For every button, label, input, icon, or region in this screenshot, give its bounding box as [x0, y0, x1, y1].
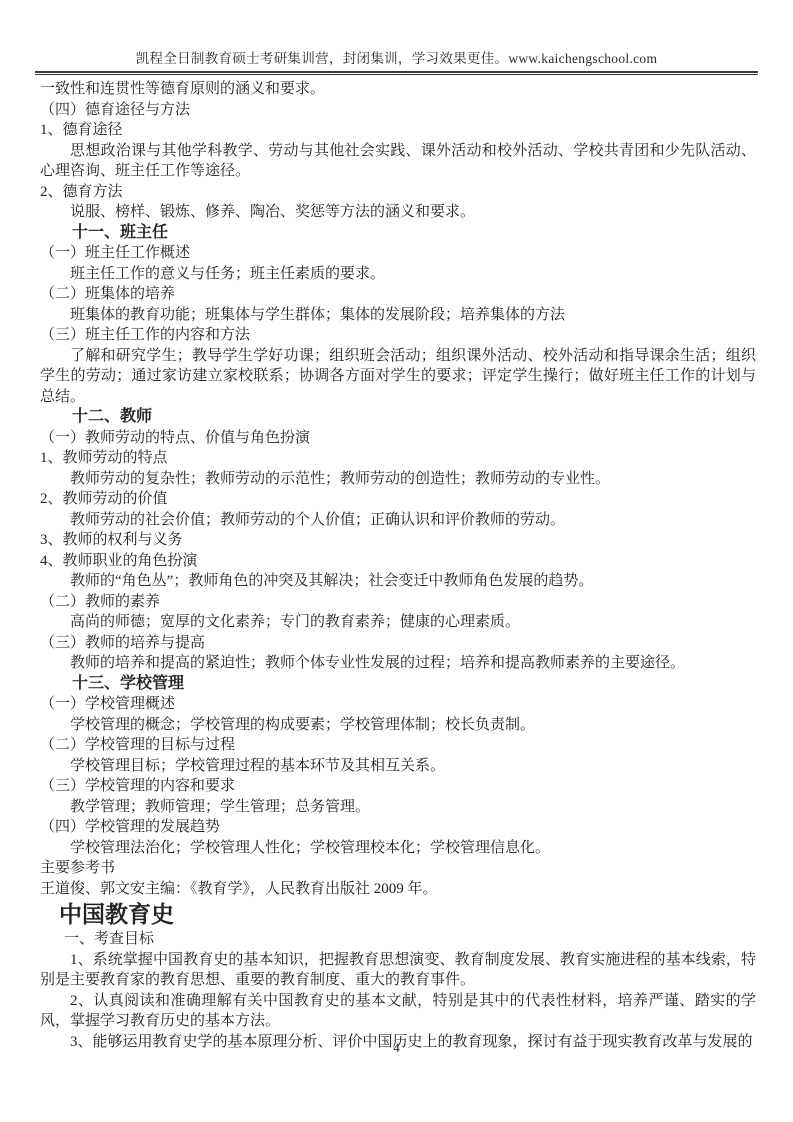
subsection-heading: （四）学校管理的发展趋势: [40, 817, 756, 838]
subsection-heading: （四）德育途径与方法: [40, 100, 756, 121]
numbered-item: 4、教师职业的角色扮演: [40, 551, 756, 572]
subsection-heading: （三）班主任工作的内容和方法: [40, 325, 756, 346]
header-divider: [35, 71, 758, 75]
document-body: 一致性和连贯性等德育原则的涵义和要求。（四）德育途径与方法1、德育途径思想政治课…: [40, 79, 756, 1052]
paragraph: 教师的培养和提高的紧迫性；教师个体专业性发展的过程；培养和提高教师素养的主要途径…: [40, 653, 756, 674]
paragraph: 学校管理法治化；学校管理人性化；学校管理校本化；学校管理信息化。: [40, 838, 756, 859]
chapter-heading: 十二、教师: [40, 407, 756, 428]
paragraph: 教师劳动的社会价值；教师劳动的个人价值；正确认识和评价教师的劳动。: [40, 510, 756, 531]
page-header: 凯程全日制教育硕士考研集训营，封闭集训，学习效果更佳。www.kaichengs…: [36, 47, 757, 67]
subsection-heading: （三）教师的培养与提高: [40, 633, 756, 654]
subsection-heading: （二）学校管理的目标与过程: [40, 735, 756, 756]
section-heading: 一、考查目标: [40, 929, 756, 950]
numbered-item: 2、教师劳动的价值: [40, 489, 756, 510]
numbered-item: 2、德育方法: [40, 182, 756, 203]
reference-entry: 王道俊、郭文安主编：《教育学》，人民教育出版社 2009 年。: [40, 879, 756, 900]
subsection-heading: （三）学校管理的内容和要求: [40, 776, 756, 797]
paragraph: 说服、榜样、锻炼、修养、陶冶、奖惩等方法的涵义和要求。: [40, 202, 756, 223]
page-number: 4: [0, 1040, 793, 1056]
paragraph: 了解和研究学生；教导学生学好功课；组织班会活动；组织课外活动、校外活动和指导课余…: [40, 346, 756, 408]
subsection-heading: （二）教师的素养: [40, 592, 756, 613]
numbered-item: 3、教师的权利与义务: [40, 530, 756, 551]
chapter-heading: 十三、学校管理: [40, 674, 756, 695]
document-page: 凯程全日制教育硕士考研集训营，封闭集训，学习效果更佳。www.kaichengs…: [0, 0, 793, 1122]
paragraph: 1、系统掌握中国教育史的基本知识，把握教育思想演变、教育制度发展、教育实施进程的…: [40, 950, 756, 991]
paragraph: 教师的“角色丛”；教师角色的冲突及其解决；社会变迁中教师角色发展的趋势。: [40, 571, 756, 592]
numbered-item: 1、德育途径: [40, 120, 756, 141]
subsection-heading: （一）教师劳动的特点、价值与角色扮演: [40, 428, 756, 449]
part-title: 中国教育史: [59, 899, 756, 929]
paragraph: 学校管理目标；学校管理过程的基本环节及其相互关系。: [40, 756, 756, 777]
subsection-heading: （一）班主任工作概述: [40, 243, 756, 264]
numbered-item: 1、教师劳动的特点: [40, 448, 756, 469]
paragraph: 教学管理；教师管理；学生管理；总务管理。: [40, 797, 756, 818]
reference-heading: 主要参考书: [40, 858, 756, 879]
paragraph: 一致性和连贯性等德育原则的涵义和要求。: [40, 79, 756, 100]
chapter-heading: 十一、班主任: [40, 223, 756, 244]
subsection-heading: （一）学校管理概述: [40, 694, 756, 715]
paragraph: 教师劳动的复杂性；教师劳动的示范性；教师劳动的创造性；教师劳动的专业性。: [40, 469, 756, 490]
paragraph: 2、认真阅读和准确理解有关中国教育史的基本文献，特别是其中的代表性材料，培养严谨…: [40, 991, 756, 1032]
paragraph: 班集体的教育功能；班集体与学生群体；集体的发展阶段；培养集体的方法: [40, 305, 756, 326]
paragraph: 高尚的师德；宽厚的文化素养；专门的教育素养；健康的心理素质。: [40, 612, 756, 633]
paragraph: 思想政治课与其他学科教学、劳动与其他社会实践、课外活动和校外活动、学校共青团和少…: [40, 141, 756, 182]
subsection-heading: （二）班集体的培养: [40, 284, 756, 305]
paragraph: 班主任工作的意义与任务；班主任素质的要求。: [40, 264, 756, 285]
paragraph: 学校管理的概念；学校管理的构成要素；学校管理体制；校长负责制。: [40, 715, 756, 736]
